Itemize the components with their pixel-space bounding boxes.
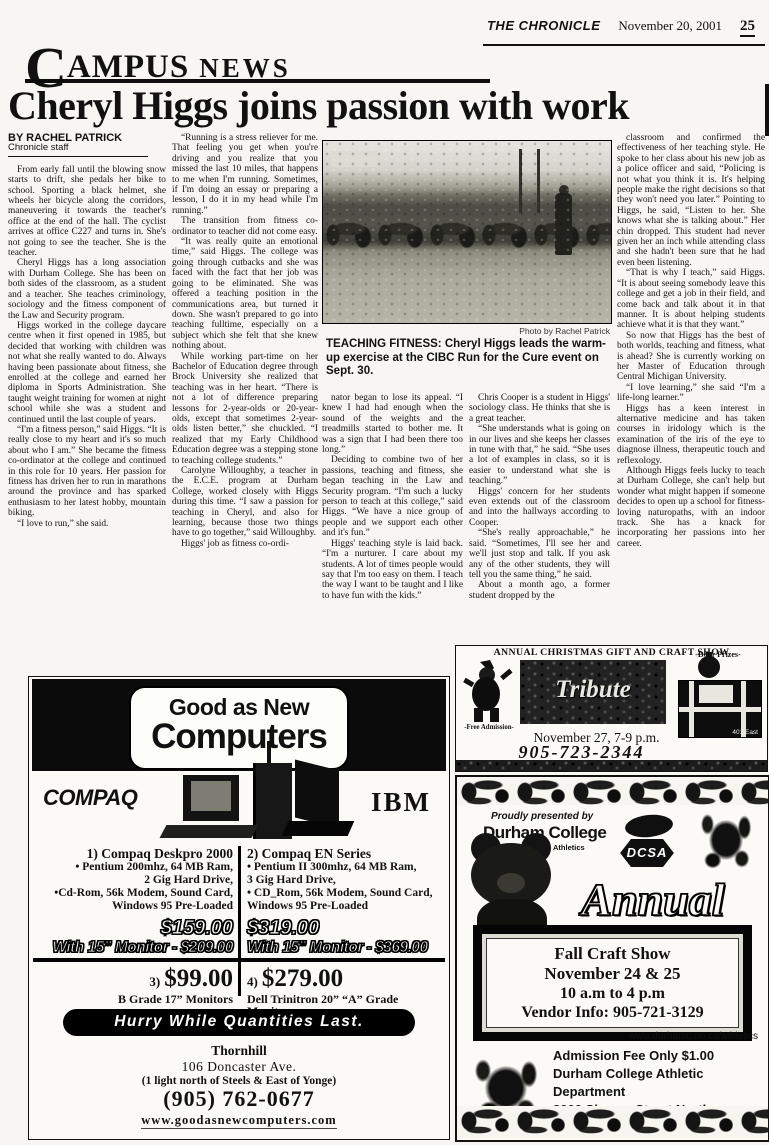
body-paragraph: Higgs has a keen interest in alternative… <box>617 404 765 466</box>
laptop-screen-graphic <box>295 760 339 829</box>
body-paragraph: “It was really quite an emotional time,”… <box>172 237 318 351</box>
horizontal-divider <box>33 958 445 962</box>
newspaper-page: { "page": { "publication": "THE CHRONICL… <box>0 0 769 1145</box>
body-paragraph: classroom and confirmed the effectivenes… <box>617 133 765 268</box>
body-paragraph: Although Higgs feels lucky to teach at D… <box>617 466 765 549</box>
computer-graphic <box>157 757 332 845</box>
photo-credit: Photo by Rachel Patrick <box>322 326 610 336</box>
hurry-banner: Hurry While Quantities Last. <box>63 1009 415 1036</box>
store-street: 106 Doncaster Ave. <box>29 1059 449 1075</box>
byline-block: BY RACHEL PATRICK Chronicle staff <box>8 133 166 157</box>
body-paragraph: Higgs' job as fitness co-ordi- <box>172 539 318 549</box>
product-spec: •Cd-Rom, 56k Modem, Sound Card, <box>33 887 233 900</box>
article-column-2: “Running is a stress reliever for me. Th… <box>172 133 318 677</box>
body-paragraph: “She's really approachable,” he said. “S… <box>469 528 610 580</box>
body-paragraph: “I'm a fitness person,” said Higgs. “It … <box>8 425 166 519</box>
foliage-border-bottom <box>457 1106 768 1138</box>
product-spec: 2 Gig Hard Drive, <box>33 874 233 887</box>
annual-script-text: Annual <box>543 873 763 926</box>
crt-screen-graphic <box>191 781 231 811</box>
ornament-icon <box>698 656 720 678</box>
craft-show-dates: November 24 & 25 <box>489 964 736 984</box>
laptop-base-graphic <box>282 821 355 836</box>
product-spec: 3 Gig Hard Drive, <box>247 874 443 887</box>
craft-show-hours: 10 a.m to 4 p.m <box>489 984 736 1003</box>
body-paragraph: “Running is a stress reliever for me. Th… <box>172 133 318 216</box>
body-paragraph: “I love to run,” she said. <box>8 519 166 529</box>
body-paragraph: Deciding to combine two of her passions,… <box>322 455 463 538</box>
antenna-graphic <box>267 741 271 765</box>
door-prizes-text: -Door Prizes- <box>672 650 764 659</box>
header-rule <box>483 44 765 46</box>
body-paragraph: So now that Higgs has the best of both w… <box>617 331 765 383</box>
store-phone: (905) 762-0677 <box>29 1087 449 1111</box>
photo-flagpole <box>519 149 522 213</box>
admission-fee: Admission Fee Only $1.00 <box>553 1047 763 1065</box>
article-column-3: nator began to lose its appeal. “I knew … <box>322 393 463 675</box>
article-headline: Cheryl Higgs joins passion with work <box>8 82 763 129</box>
ad-fall-craft-show: Proudly presented by Durham College Athl… <box>455 775 769 1142</box>
product-spec: • Pentium II 300mhz, 64 MB Ram, <box>247 861 443 874</box>
product-item-1: 1) Compaq Deskpro 2000 • Pentium 200mhz,… <box>33 846 233 957</box>
byline-role: Chronicle staff <box>8 143 148 156</box>
ad-title-line2: Computers <box>131 720 347 754</box>
article-photo <box>322 140 612 324</box>
body-paragraph: nator began to lose its appeal. “I knew … <box>322 393 463 455</box>
photo-person <box>555 193 572 255</box>
department-name: Durham College Athletic Department <box>553 1065 763 1101</box>
product-price: $159.00 <box>33 917 233 939</box>
caption-label: TEACHING FITNESS: <box>326 338 442 350</box>
ad-good-as-new-computers: Good as New Computers COMPAQ IBM 1) Comp… <box>28 676 450 1140</box>
oval-logo <box>624 813 674 840</box>
photo-flagpole <box>537 149 540 213</box>
keyboard-graphic <box>160 825 259 838</box>
body-paragraph: Higgs' teaching style is laid back. “I'm… <box>322 539 463 601</box>
body-paragraph: Chris Cooper is a student in Higgs' soci… <box>469 393 610 424</box>
photo-crowd <box>323 219 611 253</box>
item-number: 4) <box>247 974 258 989</box>
body-paragraph: From early fall until the blowing snow s… <box>8 165 166 259</box>
photo-person <box>559 185 569 195</box>
body-paragraph: Cheryl Higgs has a long association with… <box>8 258 166 320</box>
store-address-block: Thornhill 106 Doncaster Ave. (1 light no… <box>29 1043 449 1129</box>
product-price: $279.00 <box>262 965 343 992</box>
page-number: 25 <box>740 18 755 37</box>
article-column-4: Chris Cooper is a student in Higgs' soci… <box>469 393 610 675</box>
product-name: 2) Compaq EN Series <box>247 846 443 861</box>
product-price: $99.00 <box>164 965 233 992</box>
article-column-1: BY RACHEL PATRICK Chronicle staff From e… <box>8 133 166 677</box>
product-item-2: 2) Compaq EN Series • Pentium II 300mhz,… <box>247 846 443 957</box>
article-column-5: classroom and confirmed the effectivenes… <box>617 133 765 677</box>
body-paragraph: While working part-time on her Bachelor … <box>172 352 318 466</box>
product-grid: 1) Compaq Deskpro 2000 • Pentium 200mhz,… <box>33 846 445 958</box>
vendor-info: Vendor Info: 905-721-3129 <box>489 1003 736 1022</box>
poinsettia-icon <box>693 801 759 879</box>
decorative-band <box>456 760 767 771</box>
store-website: www.goodasnewcomputers.com <box>141 1113 336 1129</box>
craft-show-title: Fall Craft Show <box>489 944 736 964</box>
body-paragraph: “That is why I teach,” said Higgs. “It i… <box>617 268 765 330</box>
product-desc: B Grade 17” Monitors <box>33 993 233 1005</box>
ibm-logo: IBM <box>371 787 431 818</box>
dcsa-logo: DCSA <box>615 839 679 867</box>
product-name: 1) Compaq Deskpro 2000 <box>33 846 233 861</box>
ad-christmas-craft-show: ANNUAL CHRISTMAS GIFT AND CRAFT SHOW -Fr… <box>455 645 768 772</box>
photo-caption: TEACHING FITNESS: Cheryl Higgs leads the… <box>326 338 608 379</box>
monitor-offer: With 15” Monitor - $209.00 <box>33 939 233 957</box>
athletics-website: www.durhamc.on.ca/athletics <box>628 1031 758 1042</box>
publication-name: THE CHRONICLE <box>487 18 600 33</box>
product-item-3: 3) $99.00 B Grade 17” Monitors <box>33 965 233 1005</box>
body-paragraph: The transition from fitness co-ordinator… <box>172 216 318 237</box>
tribute-logo-block: Tribute <box>520 660 666 724</box>
body-paragraph: Higgs worked in the college daycare cent… <box>8 321 166 425</box>
map-road <box>679 707 761 712</box>
body-paragraph: Higgs' concern for her students even ext… <box>469 487 610 529</box>
product-spec: • CD_Rom, 56k Modem, Sound Card, <box>247 887 443 900</box>
item-number: 3) <box>149 974 160 989</box>
body-paragraph: Carolyne Willoughby, a teacher in the E.… <box>172 466 318 539</box>
craft-show-frame: Fall Craft Show November 24 & 25 10 a.m … <box>473 925 752 1041</box>
product-spec: Windows 95 Pre-Loaded <box>33 900 233 913</box>
body-paragraph: “I love learning,” she said “I'm a life-… <box>617 383 765 404</box>
compaq-logo: COMPAQ <box>43 785 137 811</box>
photo-sign <box>331 151 377 167</box>
body-paragraph: “She understands what is going on in our… <box>469 424 610 486</box>
santa-icon <box>460 660 514 726</box>
product-price: $319.00 <box>247 917 443 939</box>
store-city: Thornhill <box>29 1043 449 1059</box>
body-paragraph: About a month ago, a former student drop… <box>469 580 610 601</box>
scan-artifact <box>765 84 769 136</box>
monitor-offer: With 15” Monitor - $369.00 <box>247 939 443 957</box>
product-spec: Windows 95 Pre-Loaded <box>247 900 443 913</box>
monitor-row: 3) $99.00 B Grade 17” Monitors 4) $279.0… <box>33 965 445 1005</box>
issue-date: November 20, 2001 <box>618 18 722 34</box>
page-header: THE CHRONICLE November 20, 2001 25 <box>487 18 755 37</box>
product-spec: • Pentium 200mhz, 64 MB Ram, <box>33 861 233 874</box>
presented-by-text: Proudly presented by <box>491 811 593 822</box>
map-building <box>699 685 733 703</box>
